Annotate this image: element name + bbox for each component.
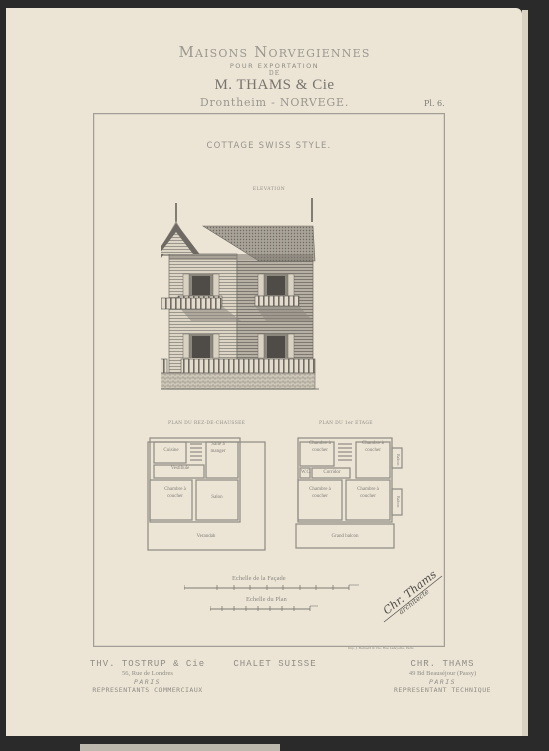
footer-center: CHALET SUISSE — [225, 659, 325, 670]
plate-frame: COTTAGE SWISS STYLE. ELEVATION — [93, 113, 445, 647]
printer-imprint: Imp. J. Bernard & Cie, Rue Lafayette, Pa… — [348, 646, 414, 650]
scale-facade-bar — [184, 584, 359, 592]
room-wc: W.C. — [300, 469, 312, 476]
room-chambre-a-coucher: Chambre à coucher — [160, 486, 190, 500]
room-vestibule: Vestibule — [155, 465, 205, 472]
house-elevation-drawing — [161, 196, 391, 391]
plate-title: COTTAGE SWISS STYLE. — [94, 141, 444, 151]
header-location: Drontheim - NORVEGE. — [0, 96, 549, 109]
scale-plan-label: Echelle du Plan — [246, 596, 287, 603]
header-subtitle: POUR EXPORTATION — [0, 62, 549, 70]
room-balcon-2: Balcon — [392, 496, 402, 507]
sheet-edge — [522, 10, 528, 736]
room-chambre-3: Chambre à coucher — [304, 486, 336, 500]
footer-left-role: REPRESENTANTS COMMERCIAUX — [55, 686, 240, 694]
room-balcon-1: Balcon — [392, 454, 402, 465]
room-salle-a-manger: Salle à manger — [208, 441, 228, 455]
footer-technical-representative: CHR. THAMS 49 Bd Beauséjour (Passy) PARI… — [355, 659, 530, 694]
footer-commercial-representative: THV. TOSTRUP & Cie 56, Rue de Londres PA… — [55, 659, 240, 694]
footer-right-name: CHR. THAMS — [355, 659, 530, 670]
plate-number: Pl. 6. — [424, 99, 445, 108]
room-grand-balcon: Grand balcon — [296, 533, 394, 540]
footer-right-address: 49 Bd Beauséjour (Passy) — [355, 670, 530, 678]
ground-floor-plan-label: PLAN DU REZ-DE-CHAUSSEE — [168, 421, 245, 426]
header-de: DE — [0, 70, 549, 77]
footer-left-name: THV. TOSTRUP & Cie — [55, 659, 240, 670]
room-corridor: Corridor — [312, 469, 352, 476]
footer-right-role: REPRESENTANT TECHNIQUE — [355, 686, 530, 694]
room-cuisine: Cuisine — [155, 447, 187, 454]
footer-right-city: PARIS — [355, 678, 530, 686]
background-strip — [80, 744, 280, 751]
elevation-label: ELEVATION — [94, 187, 444, 192]
room-verandah: Verandah — [148, 533, 264, 540]
header-company: M. THAMS & Cie — [0, 77, 549, 94]
architect-signature: Chr. Thams architecte — [376, 568, 446, 628]
footer-left-address: 56, Rue de Londres — [55, 670, 240, 678]
room-chambre-4: Chambre à coucher — [352, 486, 384, 500]
room-chambre-1: Chambre à coucher — [307, 440, 333, 454]
footer-left-city: PARIS — [55, 678, 240, 686]
footer-center-title: CHALET SUISSE — [225, 659, 325, 670]
room-chambre-2: Chambre à coucher — [360, 440, 386, 454]
first-floor-plan-label: PLAN DU 1er ETAGE — [319, 421, 373, 426]
header-title: Maisons Norvegiennes — [0, 43, 549, 61]
room-salon: Salon — [196, 494, 238, 501]
scale-facade-label: Echelle de la Façade — [232, 575, 286, 582]
scale-plan-bar — [210, 605, 320, 613]
